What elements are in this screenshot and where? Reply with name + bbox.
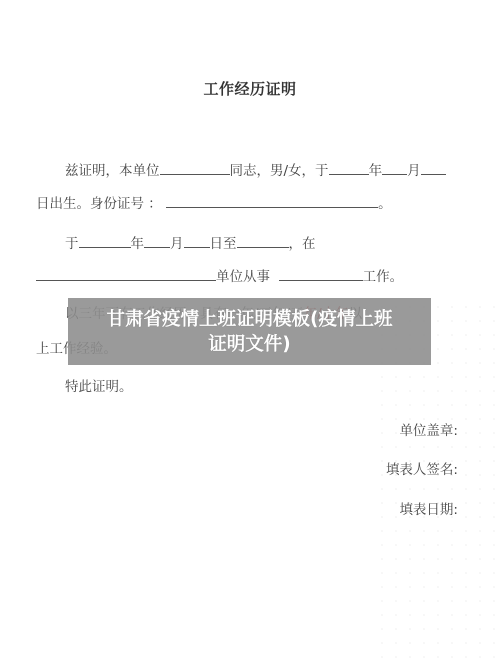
id-number-blank: [166, 193, 378, 208]
position-blank: [279, 266, 363, 281]
line1-year: 年: [369, 163, 383, 179]
start-year-blank: [79, 233, 131, 248]
title-overlay-banner: 甘肃省疫情上班证明模板(疫情上班 证明文件): [68, 298, 431, 365]
line3-year: 年: [131, 236, 145, 252]
overlay-title-line-2: 证明文件): [208, 332, 290, 357]
paragraph-line-2: 日出生。身份证号 ： 。: [36, 193, 392, 213]
birth-day-blank: [421, 160, 446, 175]
line3-suffix: ，在: [289, 236, 316, 252]
birth-year-blank: [329, 160, 369, 175]
line3-prefix: 于: [65, 236, 79, 252]
paragraph-line-4: 单位从事 工作。: [36, 266, 403, 286]
line3-month: 月: [170, 236, 184, 252]
company-blank: [36, 266, 216, 281]
name-blank: [160, 160, 230, 175]
line2-suffix: 。: [378, 196, 392, 212]
line4-suffix: 工作。: [363, 269, 404, 285]
document-title: 工作经历证明: [0, 78, 500, 99]
closing-statement: 特此证明。: [65, 378, 133, 396]
line3-day-to: 日至: [210, 236, 237, 252]
paragraph-line-1: 兹证明，本单位同志，男/女，于年月: [65, 160, 446, 180]
paragraph-line-3: 于年月日至，在: [65, 233, 316, 253]
line1-month: 月: [407, 163, 421, 179]
line1-mid: 同志，男/女，于: [230, 163, 329, 179]
birth-month-blank: [382, 160, 407, 175]
end-date-blank: [237, 233, 289, 248]
line1-prefix: 兹证明，本单位: [65, 163, 160, 179]
document-page: 工作经历证明 兹证明，本单位同志，男/女，于年月 日出生。身份证号 ： 。 于年…: [0, 0, 500, 666]
overlay-title-line-1: 甘肃省疫情上班证明模板(疫情上班: [107, 307, 393, 332]
line2-prefix: 日出生。身份证号 ：: [36, 196, 162, 212]
start-day-blank: [184, 233, 210, 248]
line4-mid: 单位从事: [216, 269, 270, 285]
start-month-blank: [144, 233, 170, 248]
